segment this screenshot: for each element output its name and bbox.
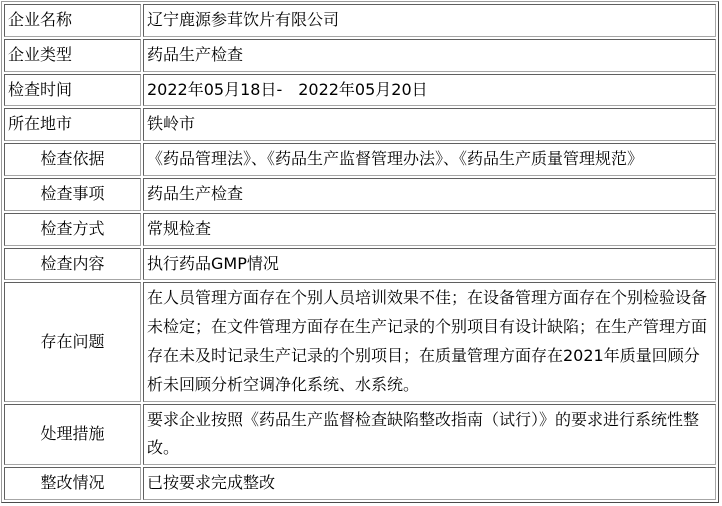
inspection-record-table-body: 企业名称 辽宁鹿源参茸饮片有限公司 企业类型 药品生产检查 检查时间 2022年… xyxy=(4,4,716,500)
table-row-inspection-method: 检查方式 常规检查 xyxy=(4,213,716,246)
field-label-problems-found: 存在问题 xyxy=(4,282,141,401)
field-value-company-type: 药品生产检查 xyxy=(143,39,716,72)
page: 企业名称 辽宁鹿源参茸饮片有限公司 企业类型 药品生产检查 检查时间 2022年… xyxy=(0,0,722,506)
field-value-problems-found: 在人员管理方面存在个别人员培训效果不佳；在设备管理方面存在个别检验设备未检定；在… xyxy=(143,282,716,401)
field-label-rectification-status: 整改情况 xyxy=(4,467,141,500)
table-row-problems-found: 存在问题 在人员管理方面存在个别人员培训效果不佳；在设备管理方面存在个别检验设备… xyxy=(4,282,716,401)
field-label-inspection-method: 检查方式 xyxy=(4,213,141,246)
field-label-handling-measures: 处理措施 xyxy=(4,404,141,466)
field-value-inspection-content: 执行药品GMP情况 xyxy=(143,248,716,281)
table-row-inspection-content: 检查内容 执行药品GMP情况 xyxy=(4,248,716,281)
table-row-inspection-items: 检查事项 药品生产检查 xyxy=(4,178,716,211)
field-label-inspection-time: 检查时间 xyxy=(4,74,141,107)
field-label-inspection-content: 检查内容 xyxy=(4,248,141,281)
field-value-inspection-basis: 《药品管理法》、《药品生产监督管理办法》、《药品生产质量管理规范》 xyxy=(143,143,716,176)
field-value-handling-measures: 要求企业按照《药品生产监督检查缺陷整改指南（试行）》的要求进行系统性整改。 xyxy=(143,404,716,466)
field-value-inspection-items: 药品生产检查 xyxy=(143,178,716,211)
field-label-inspection-basis: 检查依据 xyxy=(4,143,141,176)
field-label-city: 所在地市 xyxy=(4,108,141,141)
table-row-inspection-basis: 检查依据 《药品管理法》、《药品生产监督管理办法》、《药品生产质量管理规范》 xyxy=(4,143,716,176)
field-value-company-name: 辽宁鹿源参茸饮片有限公司 xyxy=(143,4,716,37)
field-value-inspection-time: 2022年05月18日- 2022年05月20日 xyxy=(143,74,716,107)
field-label-company-name: 企业名称 xyxy=(4,4,141,37)
field-value-rectification-status: 已按要求完成整改 xyxy=(143,467,716,500)
field-label-inspection-items: 检查事项 xyxy=(4,178,141,211)
inspection-record-table: 企业名称 辽宁鹿源参茸饮片有限公司 企业类型 药品生产检查 检查时间 2022年… xyxy=(1,1,719,503)
field-label-company-type: 企业类型 xyxy=(4,39,141,72)
table-row-company-type: 企业类型 药品生产检查 xyxy=(4,39,716,72)
field-value-inspection-method: 常规检查 xyxy=(143,213,716,246)
table-row-inspection-time: 检查时间 2022年05月18日- 2022年05月20日 xyxy=(4,74,716,107)
table-row-company-name: 企业名称 辽宁鹿源参茸饮片有限公司 xyxy=(4,4,716,37)
field-value-city: 铁岭市 xyxy=(143,108,716,141)
table-row-rectification-status: 整改情况 已按要求完成整改 xyxy=(4,467,716,500)
table-row-handling-measures: 处理措施 要求企业按照《药品生产监督检查缺陷整改指南（试行）》的要求进行系统性整… xyxy=(4,404,716,466)
table-row-city: 所在地市 铁岭市 xyxy=(4,108,716,141)
